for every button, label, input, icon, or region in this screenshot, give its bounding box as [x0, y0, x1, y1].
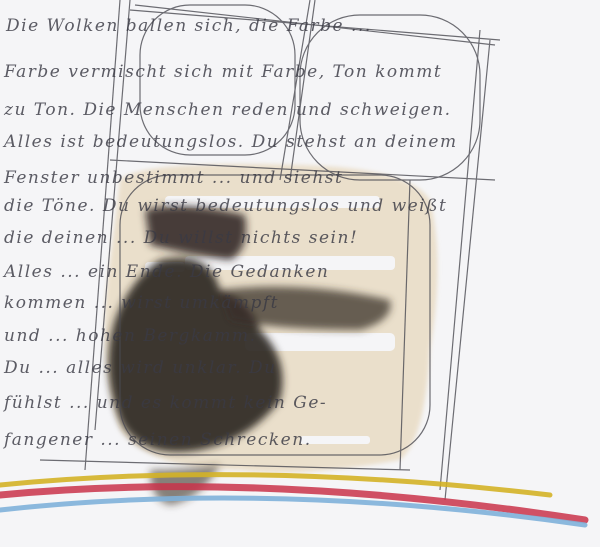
handwriting-line: und ... hohen Bergkamm.: [4, 326, 257, 346]
handwriting-line: zu Ton. Die Menschen reden und schweigen…: [4, 100, 452, 120]
handwriting-line: Alles ist bedeutungslos. Du stehst an de…: [4, 132, 458, 152]
handwriting-line: Farbe vermischt sich mit Farbe, Ton komm…: [4, 62, 442, 82]
color-stripes: [0, 475, 585, 525]
handwriting-line: Alles ... ein Ende. Die Gedanken: [4, 262, 329, 282]
handwriting-line: die Töne. Du wirst bedeutungslos und wei…: [4, 196, 447, 216]
handwriting-line: die deinen ... Du willst nichts sein!: [4, 228, 358, 248]
handwriting-line: Du ... alles wird unklar. Du: [4, 358, 277, 378]
handwriting-line: fangener ... seinen Schrecken.: [4, 430, 312, 450]
handwriting-line: fühlst ... und es kommt kein Ge-: [4, 393, 327, 413]
handwriting-line: Die Wolken ballen sich, die Farbe ...: [6, 16, 372, 36]
artwork-page: Die Wolken ballen sich, die Farbe ... Fa…: [0, 0, 600, 547]
handwriting-line: kommen ... wirst umkämpft: [4, 293, 279, 313]
handwriting-line: Fenster unbestimmt ... und siehst: [4, 168, 343, 188]
